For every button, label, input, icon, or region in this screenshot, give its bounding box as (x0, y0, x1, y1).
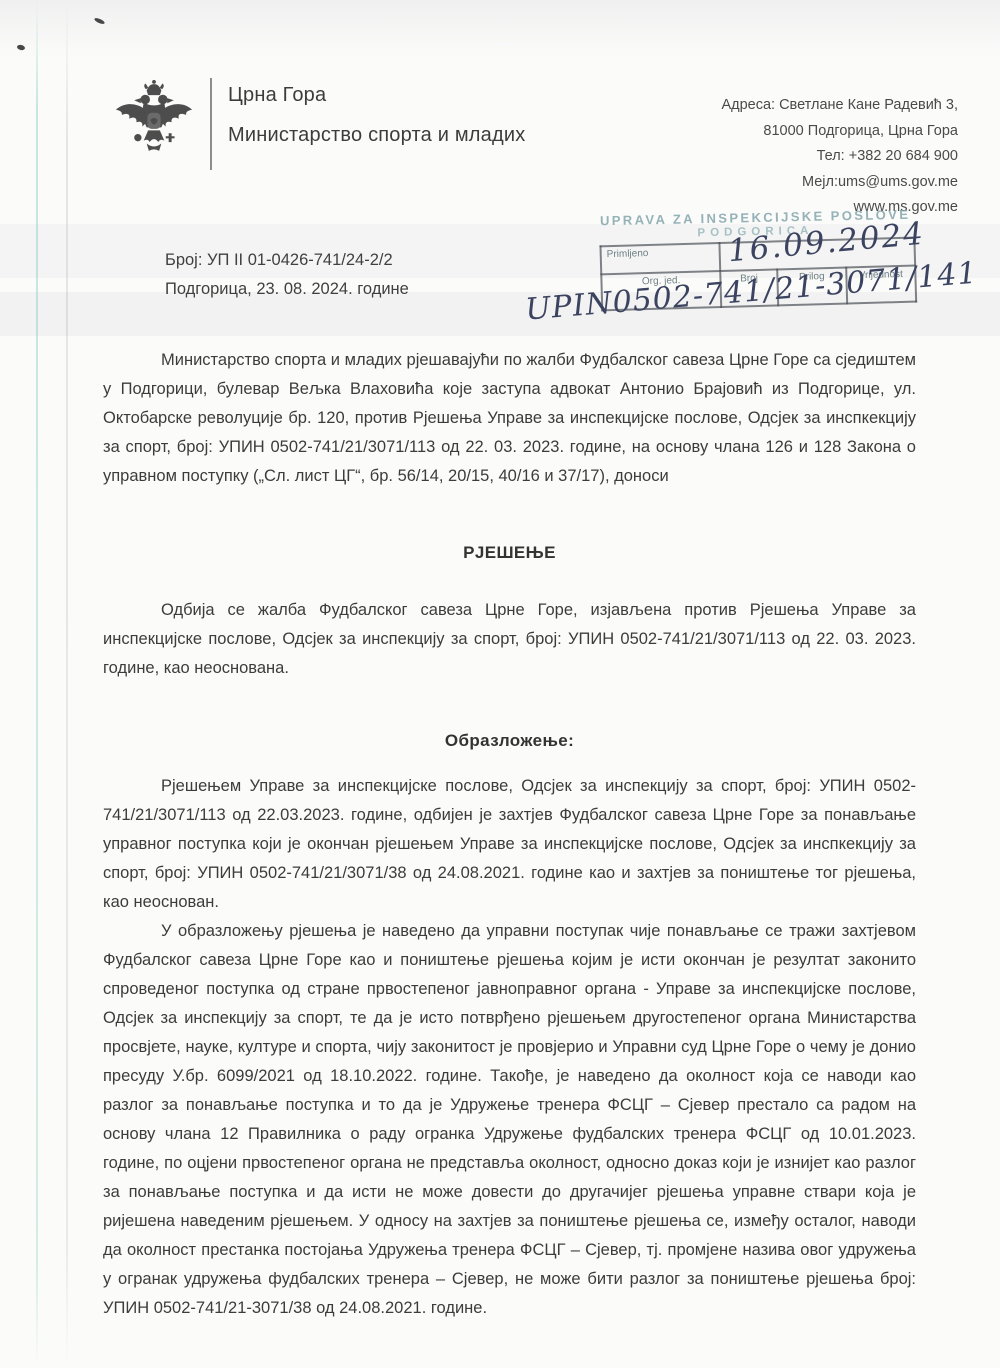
scan-speck (17, 44, 26, 51)
email-line: Мејл:ums@ums.gov.me (721, 170, 958, 196)
ministry-name: Министарство спорта и младих (228, 124, 525, 147)
country-name: Црна Гора (228, 84, 525, 107)
place-and-date: Подгорица, 23. 08. 2024. године (165, 275, 409, 304)
letterhead-text: Црна Гора Министарство спорта и младих (228, 76, 525, 147)
document-number: Број: УП II 01-0426-741/24-2/2 (165, 246, 409, 275)
rationale-paragraph-1: Рјешењем Управе за инспекцијске послове,… (103, 772, 916, 917)
document-body: Министарство спорта и младих рјешавајући… (103, 346, 916, 1323)
phone-line: Тел: +382 20 684 900 (721, 144, 958, 170)
stamp-received-label: Primljeno (600, 243, 720, 274)
scan-fold-line (66, 0, 68, 1368)
scan-fold-line (36, 0, 38, 1368)
scanned-document-page: Црна Гора Министарство спорта и младих А… (0, 0, 1000, 1368)
address-line: Адреса: Светлане Кане Радевић 3, (721, 93, 958, 119)
montenegro-coat-of-arms-icon (110, 76, 198, 170)
intro-paragraph: Министарство спорта и младих рјешавајући… (103, 346, 916, 491)
contact-address-block: Адреса: Светлане Кане Радевић 3, 81000 П… (721, 93, 958, 221)
reference-block: Број: УП II 01-0426-741/24-2/2 Подгорица… (165, 246, 409, 304)
scan-shadow-band (0, 0, 1000, 58)
letterhead-divider (210, 78, 212, 170)
scan-speck (94, 17, 106, 25)
receipt-stamp: UPRAVA ZA INSPEKCIJSKE POSLOVE PODGORICA… (567, 206, 945, 311)
letterhead: Црна Гора Министарство спорта и младих (110, 76, 525, 170)
decision-heading: РЈЕШЕЊЕ (103, 538, 916, 567)
rationale-heading: Образложење: (103, 726, 916, 755)
rationale-paragraph-2: У образложењу рјешења је наведено да упр… (103, 917, 916, 1323)
address-line: 81000 Подгорица, Црна Гора (721, 119, 958, 145)
decision-paragraph: Одбија се жалба Фудбалског савеза Црне Г… (103, 596, 916, 683)
